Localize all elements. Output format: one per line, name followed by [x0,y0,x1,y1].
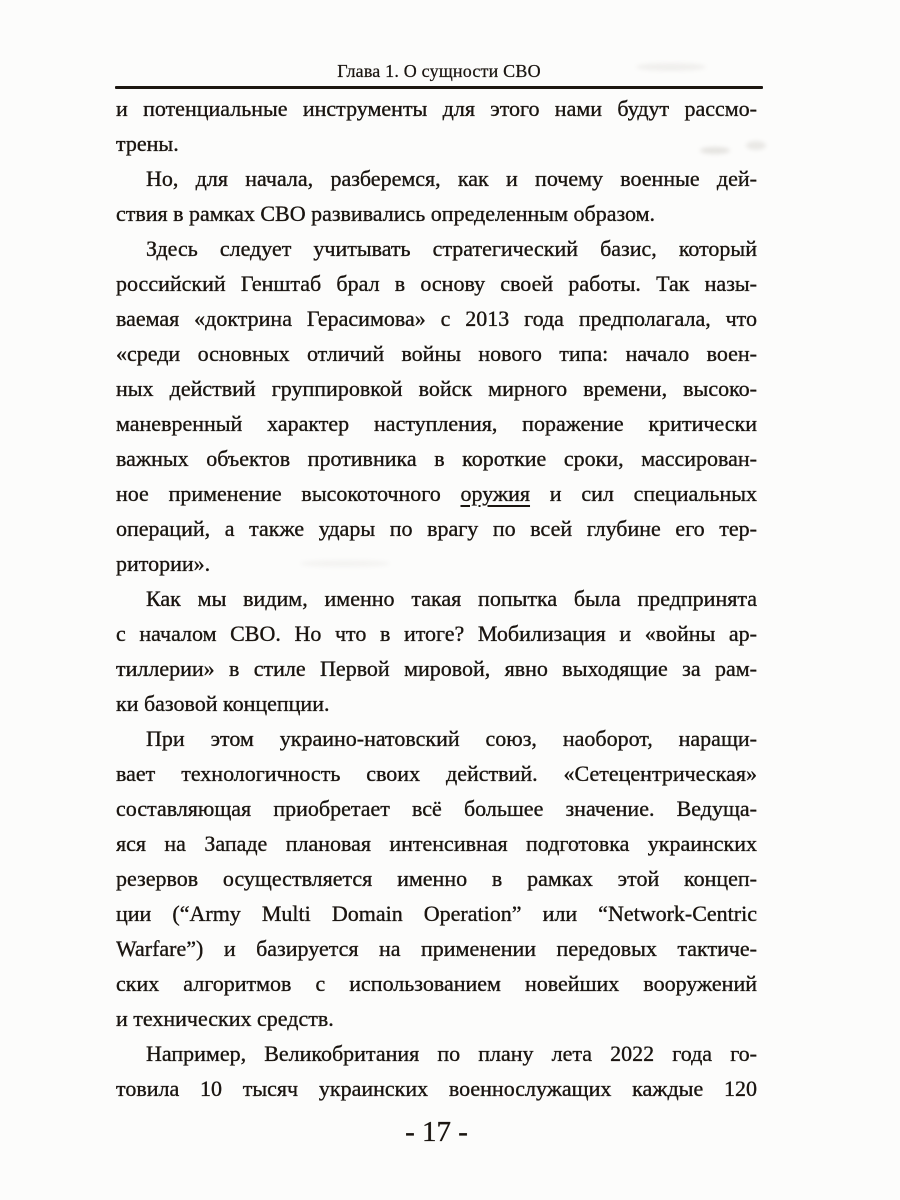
text-line: Здесь следует учитывать стратегический б… [116,231,757,266]
chapter-header: Глава 1. О сущности СВО [116,59,762,83]
text-line: ских алгоритмов с использованием новейши… [116,966,757,1001]
text-line: и потенциальные инструменты для этого на… [116,91,757,126]
text-line: ции (“Army Multi Domain Operation” или “… [116,896,757,931]
text-line: «среди основных отличий войны нового тип… [116,336,757,371]
text-segment: ное применение высокоточного [116,481,461,506]
text-line: вает технологичность своих действий. «Се… [116,756,757,791]
text-line: Например, Великобритания по плану лета 2… [116,1036,757,1071]
text-line: яся на Западе плановая интенсивная подго… [116,826,757,861]
page-number: - 17 - [116,1115,757,1150]
text-segment: и сил специальных [530,481,757,506]
text-line: трены. [116,126,757,161]
text-line: ных действий группировкой войск мирного … [116,371,757,406]
text-line: важных объектов противника в короткие ср… [116,441,757,476]
text-line: Warfare”) и базируется на применении пер… [116,931,757,966]
text-line: ки базовой концепции. [116,686,757,721]
text-line: Но, для начала, разберемся, как и почему… [116,161,757,196]
text-line: маневренный характер наступления, пораже… [116,406,757,441]
header-rule [115,86,763,89]
text-line: ритории». [116,546,757,581]
text-line: Как мы видим, именно такая попытка была … [116,581,757,616]
text-line: тиллерии» в стиле Первой мировой, явно в… [116,651,757,686]
text-line: и технических средств. [116,1001,757,1036]
text-line: резервов осуществляется именно в рамках … [116,861,757,896]
text-line: ваемая «доктрина Герасимова» с 2013 года… [116,301,757,336]
text-line: При этом украино-натовский союз, наоборо… [116,721,757,756]
text-line: ствия в рамках СВО развивались определен… [116,196,757,231]
text-line: ное применение высокоточного оружия и си… [116,476,757,511]
body-text: и потенциальные инструменты для этого на… [116,91,757,1106]
underlined-word: оружия [461,481,531,506]
text-line: составляющая приобретает всё большее зна… [116,791,757,826]
text-line: товила 10 тысяч украинских военнослужащи… [116,1071,757,1106]
text-line: операций, а также удары по врагу по всей… [116,511,757,546]
text-line: с началом СВО. Но что в итоге? Мобилизац… [116,616,757,651]
text-line: российский Генштаб брал в основу своей р… [116,266,757,301]
book-page: Глава 1. О сущности СВО и потенциальные … [0,0,900,1200]
